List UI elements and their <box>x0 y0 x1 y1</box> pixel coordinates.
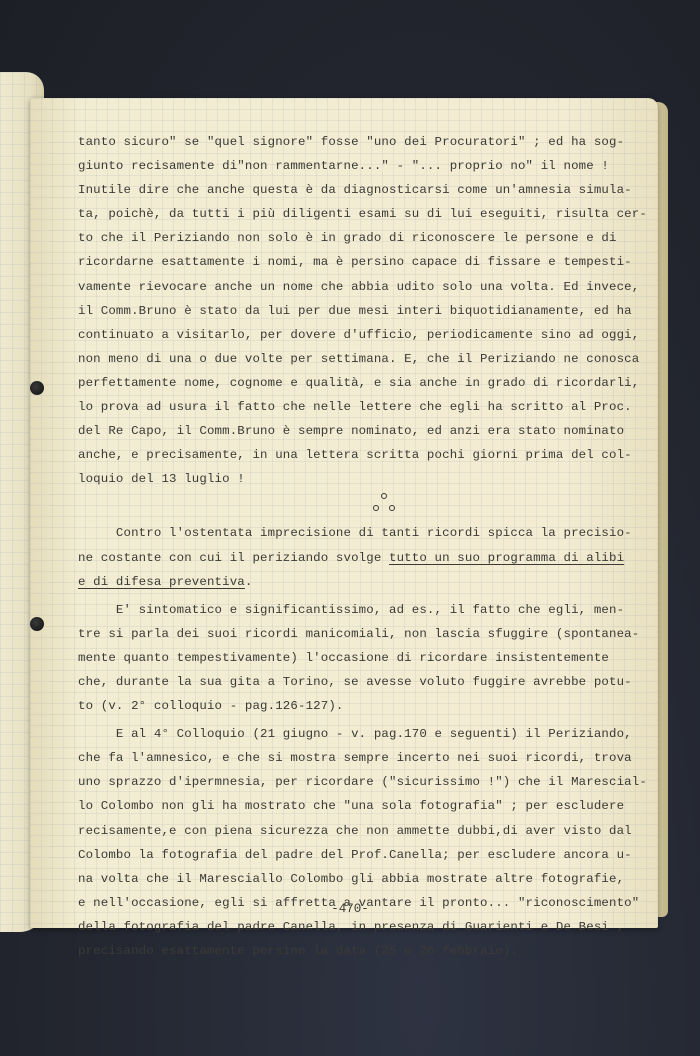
paragraph-3: E' sintomatico e significantissimo, ad e… <box>78 598 648 718</box>
text-line: della fotografia del padre Canella, in p… <box>78 915 648 939</box>
text-span: ne costante con cui il periziando svolge <box>78 551 389 565</box>
text-line: vamente rievocare anche un nome che abbi… <box>78 275 648 299</box>
separator-dot-icon <box>373 505 379 511</box>
underlined-text: tutto un suo programma di alibi <box>389 551 624 565</box>
text-line: na volta che il Maresciallo Colombo gli … <box>78 867 648 891</box>
separator-dot-icon <box>381 493 387 499</box>
text-line: ne costante con cui il periziando svolge… <box>78 546 648 570</box>
text-line: il Comm.Bruno è stato da lui per due mes… <box>78 299 648 323</box>
text-line: mente quanto tempestivamente) l'occasion… <box>78 646 648 670</box>
text-line: ta, poichè, da tutti i più diligenti esa… <box>78 202 648 226</box>
page-body: tanto sicuro" se "quel signore" fosse "u… <box>78 130 648 963</box>
text-line: E al 4° Colloquio (21 giugno - v. pag.17… <box>78 722 648 746</box>
text-line: to (v. 2° colloquio - pag.126-127). <box>78 694 648 718</box>
text-line: recisamente,e con piena sicurezza che no… <box>78 819 648 843</box>
punch-hole-icon <box>30 381 44 395</box>
underlined-text: e di difesa preventiva <box>78 575 245 589</box>
text-line: continuato a visitarlo, per dovere d'uff… <box>78 323 648 347</box>
text-line: uno sprazzo d'ipermnesia, per ricordare … <box>78 770 648 794</box>
text-line: giunto recisamente di"non rammentarne...… <box>78 154 648 178</box>
paragraph-1: tanto sicuro" se "quel signore" fosse "u… <box>78 130 648 491</box>
text-line: non meno di una o due volte per settiman… <box>78 347 648 371</box>
text-line: Contro l'ostentata imprecisione di tanti… <box>78 521 648 545</box>
text-line: lo prova ad usura il fatto che nelle let… <box>78 395 648 419</box>
text-line: anche, e precisamente, in una lettera sc… <box>78 443 648 467</box>
text-line: che, durante la sua gita a Torino, se av… <box>78 670 648 694</box>
text-line: ricordarne esattamente i nomi, ma è pers… <box>78 250 648 274</box>
section-separator <box>78 491 648 521</box>
text-line: del Re Capo, il Comm.Bruno è sempre nomi… <box>78 419 648 443</box>
text-line: loquio del 13 luglio ! <box>78 467 648 491</box>
text-line: Inutile dire che anche questa è da diagn… <box>78 178 648 202</box>
text-line: Colombo la fotografia del padre del Prof… <box>78 843 648 867</box>
paragraph-4: E al 4° Colloquio (21 giugno - v. pag.17… <box>78 722 648 963</box>
punch-hole-icon <box>30 617 44 631</box>
paragraph-2: Contro l'ostentata imprecisione di tanti… <box>78 521 648 593</box>
separator-dot-icon <box>389 505 395 511</box>
text-span: . <box>245 575 253 589</box>
text-line: tre si parla dei suoi ricordi manicomial… <box>78 622 648 646</box>
page-number: -470- <box>0 902 700 916</box>
text-line: perfettamente nome, cognome e qualità, e… <box>78 371 648 395</box>
text-line: tanto sicuro" se "quel signore" fosse "u… <box>78 130 648 154</box>
text-line: E' sintomatico e significantissimo, ad e… <box>78 598 648 622</box>
text-line: to che il Periziando non solo è in grado… <box>78 226 648 250</box>
text-line: precisando esattamente persino la data (… <box>78 939 648 963</box>
text-line: che fa l'amnesico, e che si mostra sempr… <box>78 746 648 770</box>
text-line: lo Colombo non gli ha mostrato che "una … <box>78 794 648 818</box>
text-line: e di difesa preventiva. <box>78 570 648 594</box>
